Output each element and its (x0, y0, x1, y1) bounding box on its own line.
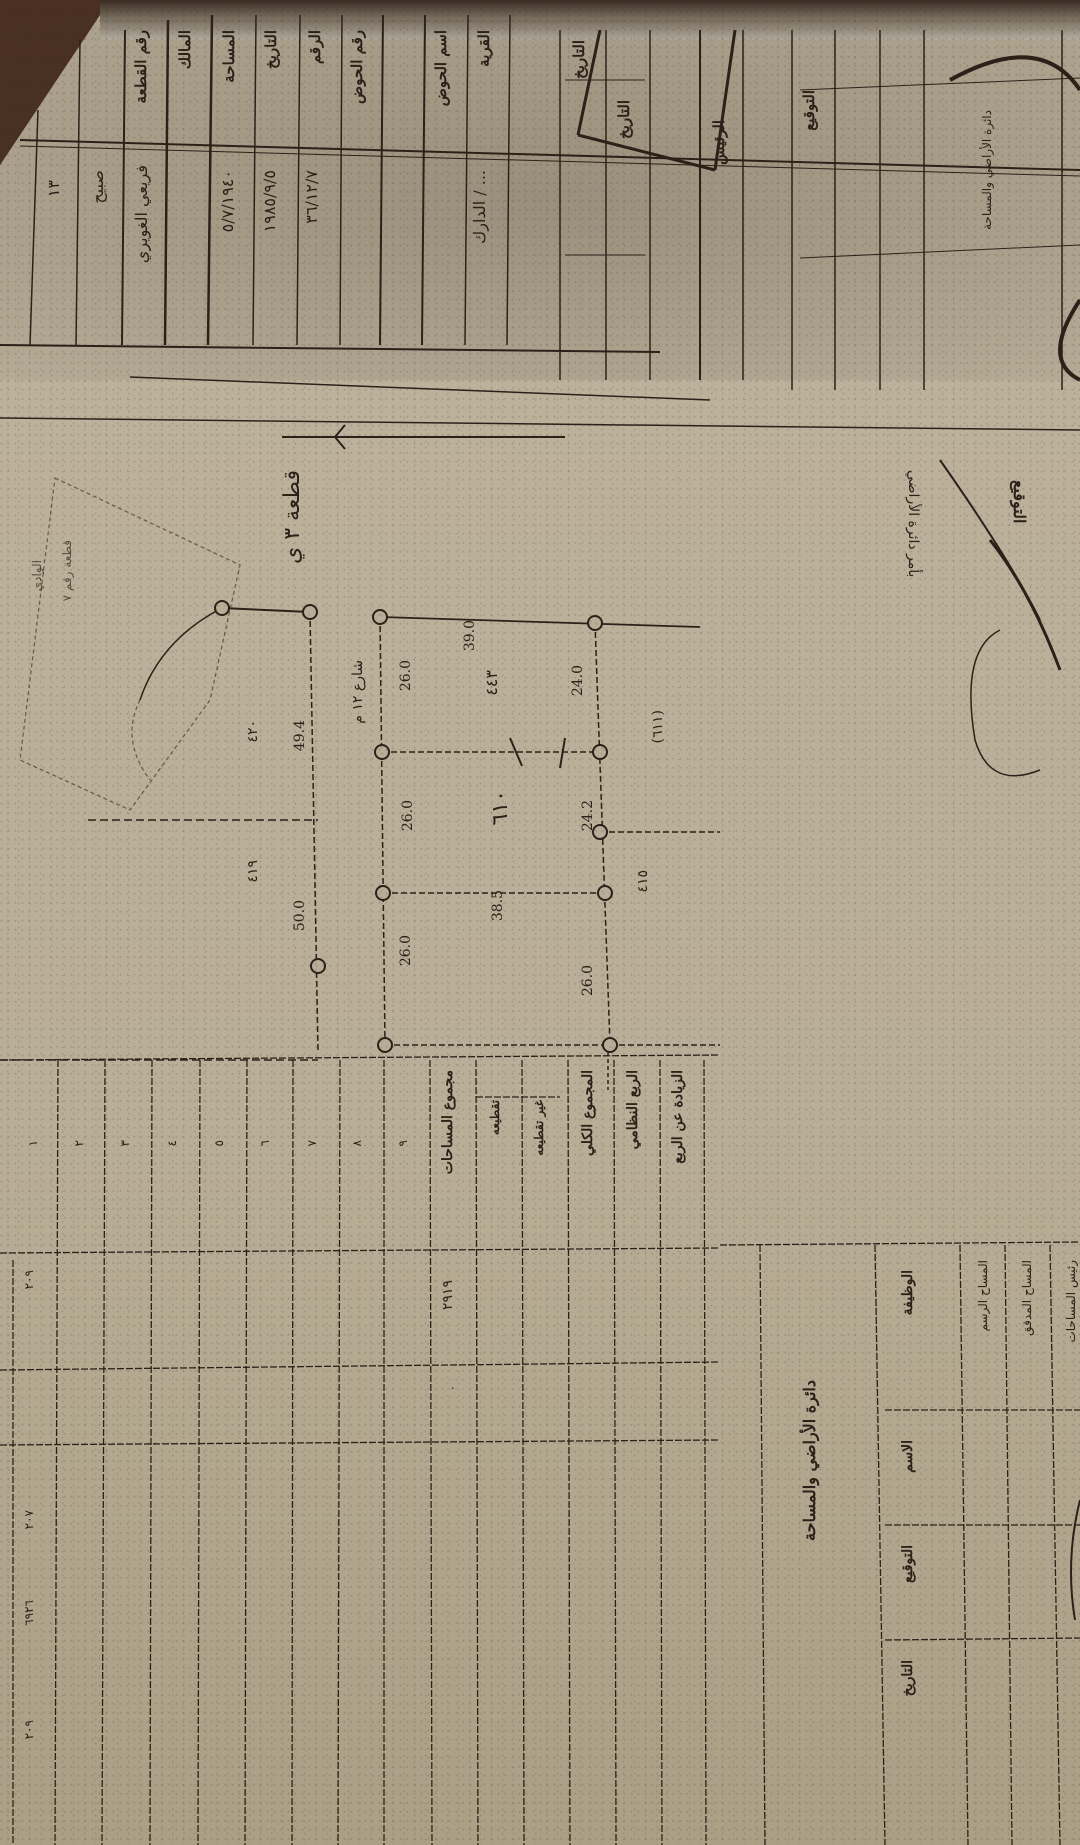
register-header-7: القرية (475, 30, 493, 67)
area-row-number-4: ٤ (165, 1140, 179, 1146)
area-second-value: ٠ (445, 1385, 459, 1391)
parcel-main-right-length: 24.2 (580, 800, 596, 831)
area-row-number-6: ٦ (258, 1140, 272, 1146)
area-row-number-8: ٨ (350, 1140, 364, 1146)
neighbor-label-1: ٤١٩ (245, 860, 261, 883)
area-left-value-3: ٢٠٩ (22, 1720, 36, 1739)
area-left-value-1: ٢٠٧ (22, 1510, 36, 1529)
area-header-total: مجموع المساحات (440, 1070, 456, 1174)
register-value-number: ٣٦/١٢/٧ (302, 170, 321, 224)
area-total-value: ٢٩١٩ (440, 1280, 456, 1310)
signature-label: التوقيع (1010, 480, 1029, 523)
approval-header-signature: التوقيع (900, 1545, 916, 1583)
neighbor-label-3: (٦١١) (650, 710, 666, 744)
area-header-grand-total: المجموع الكلي (580, 1070, 596, 1156)
stamp-col-date-1: التاريخ (570, 40, 588, 79)
old-stamp-text-0: قطعة رقم ٧ (60, 540, 74, 601)
area-left-value-0: ٢٠٩ (22, 1270, 36, 1289)
approval-header-name: الاسم (900, 1440, 916, 1473)
neighbor-label-2: ٤١٥ (635, 870, 651, 893)
register-header-5: رقم الحوض (348, 30, 366, 104)
signature-text: بأمر دائرة الأراضي (905, 470, 921, 577)
old-stamp-text-1: الوادي (30, 560, 44, 591)
road-label: شارع ١٢ م (350, 660, 366, 724)
register-value-date2: ١٩٨٥/٩/٥ (260, 170, 279, 232)
sketch-geometry (0, 0, 1080, 1845)
register-value-plot: ١٣ (44, 180, 63, 197)
area-header-uncut: غير تقطيعه (532, 1100, 546, 1156)
parcel-upper-left-length: 26.0 (398, 660, 414, 691)
block-label: قطعة ٣ ي (280, 470, 305, 564)
approval-header-date: التاريخ (900, 1660, 916, 1696)
approval-row-drafter: المساح الرسم (976, 1260, 990, 1332)
register-value-date1: ٥/٧/١٩٤٠ (218, 170, 237, 232)
area-header-excess: الزيادة عن الربع (670, 1070, 686, 1164)
area-header-quarter: الربع النظامي (625, 1070, 641, 1149)
parcel-lower-left-length: 26.0 (398, 935, 414, 966)
stamp-text: دائرة الأراضي والمساحة (980, 110, 994, 230)
parcel-main-left-length: 26.0 (400, 800, 416, 831)
register-header-2: المساحة (220, 30, 238, 83)
register-value-name: فريعي الغويري (132, 165, 151, 263)
side-length-1: 50.0 (292, 900, 308, 931)
area-row-number-3: ٣ (118, 1140, 132, 1146)
register-value-note: الدارك / ... (470, 170, 489, 244)
area-row-number-2: ٢ (72, 1140, 86, 1146)
parcel-lower-right-length: 26.0 (580, 965, 596, 996)
stamp-col-sign: التوقيع (800, 90, 818, 131)
area-row-number-1: ١ (26, 1140, 40, 1146)
area-header-cut: تقطيعه (488, 1100, 502, 1135)
approval-title: دائرة الأراضي والمساحة (800, 1380, 819, 1541)
register-header-6: اسم الحوض (432, 30, 450, 106)
parcel-upper-right-length: 24.0 (570, 665, 586, 696)
area-left-value-2: ٦٩٢٦ (22, 1600, 36, 1626)
approval-header-role: الوظيفة (900, 1270, 916, 1315)
stamp-col-date-2: التاريخ (615, 100, 633, 139)
area-row-number-7: ٧ (305, 1140, 319, 1146)
approval-row-checker: المساح المدقق (1020, 1260, 1034, 1336)
register-header-1: المالك (176, 30, 194, 69)
area-row-number-5: ٥ (212, 1140, 226, 1146)
register-value-owner: صبيح (88, 170, 107, 204)
parcel-upper-top-length: 39.0 (462, 620, 478, 651)
parcel-upper-label: ٤٤٣ (482, 670, 501, 696)
stamp-col-head: الرئيس (710, 120, 728, 165)
parcel-main-bottom-length: 38.5 (490, 890, 506, 921)
neighbor-label-0: ٤٢٠ (245, 720, 261, 743)
approval-row-chief: رئيس المساحات (1064, 1260, 1078, 1343)
parcel-main-label: ٦١٠ (488, 790, 513, 825)
register-header-4: الرقم (306, 30, 324, 64)
side-length-0: 49.4 (292, 720, 308, 751)
area-row-number-9: ٩ (396, 1140, 410, 1146)
register-header-3: التاريخ (262, 30, 280, 69)
register-header-0: رقم القطعة (132, 30, 150, 104)
